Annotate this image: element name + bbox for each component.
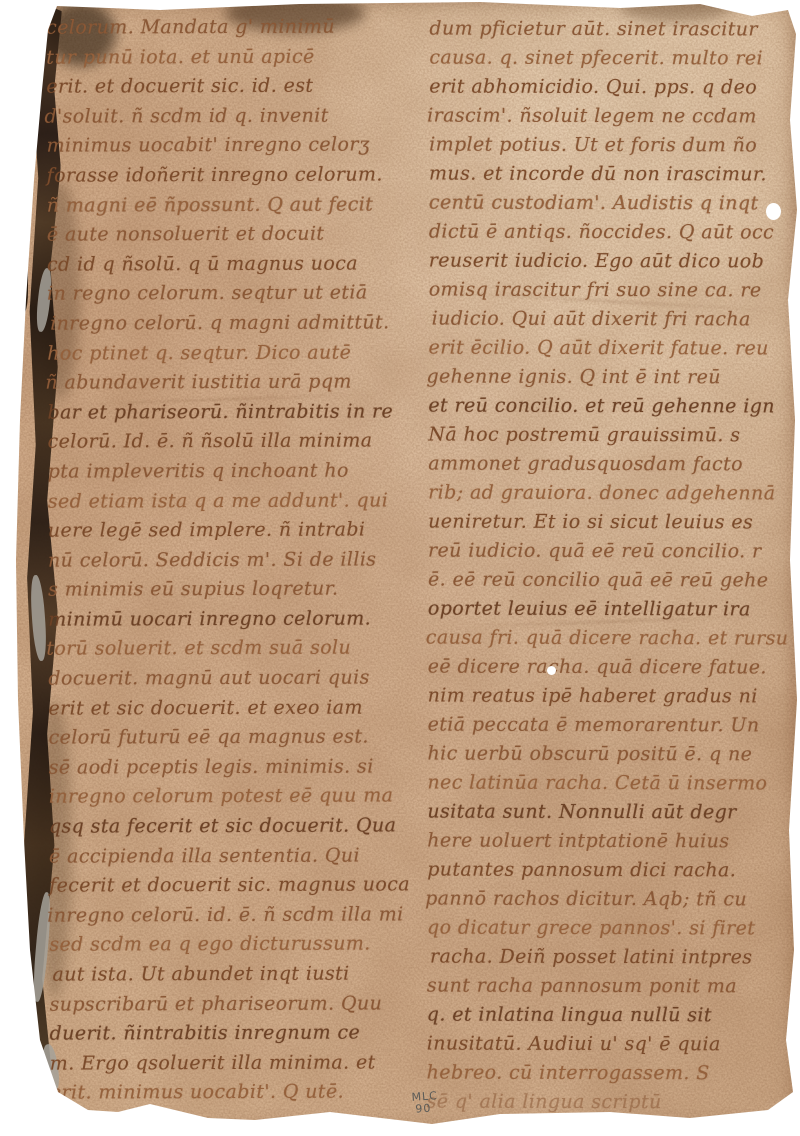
manuscript-line: racha. Deiñ posset latini intpres bbox=[430, 943, 800, 973]
manuscript-line: bar et phariseorū. ñintrabitis in re bbox=[47, 397, 393, 428]
shelfmark: MLC 90 bbox=[411, 1090, 439, 1116]
manuscript-line: erit et sic docuerit. et exeo iam bbox=[48, 693, 394, 724]
photo-background: celorum. Mandata g' minimūtur punū iota.… bbox=[0, 0, 800, 1136]
manuscript-line: sunt racha pannosum ponit ma bbox=[427, 972, 799, 1002]
manuscript-line: causa. q. sinet pfecerit. multo rei bbox=[429, 44, 800, 74]
manuscript-line: celorū futurū eē qa magnus est. bbox=[49, 723, 395, 754]
binding-tab bbox=[2, 150, 28, 208]
manuscript-line: eē dicere racha. quā dicere fatue. bbox=[428, 653, 800, 683]
manuscript-line: hebreo. cū interrogassem. S bbox=[427, 1059, 799, 1089]
manuscript-line: putantes pannosum dici racha. bbox=[427, 856, 799, 886]
text-column-right: dum pficietur aūt. sinet irasciturcausa.… bbox=[427, 15, 800, 1118]
manuscript-line: pta impleveritis q inchoant ho bbox=[48, 456, 394, 487]
manuscript-line: qsq sta fecerit et sic docuerit. Qua bbox=[49, 811, 395, 842]
manuscript-line: nim reatus ipē haberet gradus ni bbox=[428, 682, 800, 712]
manuscript-line: inregno celorū. q magni admittūt. bbox=[50, 308, 396, 339]
manuscript-line: celorum. Mandata g' minimū bbox=[46, 12, 392, 43]
manuscript-line: inusitatū. Audiui u' sq' ē quia bbox=[427, 1030, 799, 1060]
binding-tab bbox=[6, 250, 28, 320]
manuscript-line: causa fri. quā dicere racha. et rursu bbox=[426, 624, 798, 654]
manuscript-line: supscribarū et phariseorum. Quu bbox=[49, 989, 395, 1020]
manuscript-line: implet potius. Ut et foris dum ño bbox=[429, 131, 800, 161]
manuscript-line: ē accipienda illa sententia. Qui bbox=[49, 841, 395, 872]
manuscript-line: fecerit et docuerit sic. magnus uoca bbox=[49, 871, 395, 902]
manuscript-line: ē aute nonsoluerit et docuit bbox=[47, 220, 393, 251]
manuscript-line: ē. eē reū concilio quā eē reū gehe bbox=[428, 566, 800, 596]
manuscript-line: celorū. Id. ē. ñ ñsolū illa minima bbox=[48, 427, 394, 458]
manuscript-line: irascim'. ñsoluit legem ne ccdam bbox=[427, 102, 799, 132]
manuscript-line: et reū concilio. et reū gehenne ign bbox=[428, 392, 800, 422]
manuscript-leaf: celorum. Mandata g' minimūtur punū iota.… bbox=[0, 0, 800, 1136]
manuscript-line: erit. minimus uocabit'. Q utē. bbox=[50, 1078, 396, 1109]
manuscript-line: oportet leuius eē intelligatur ira bbox=[428, 595, 800, 625]
manuscript-line: usitata sunt. Nonnulli aūt degr bbox=[427, 798, 799, 828]
manuscript-line: erit. et docuerit sic. id. est bbox=[46, 72, 392, 103]
manuscript-line: ueniretur. Et io si sicut leuius es bbox=[428, 508, 800, 538]
manuscript-line: docuerit. magnū aut uocari quis bbox=[48, 663, 394, 694]
manuscript-line: sē aodi pceptis legis. minimis. si bbox=[49, 752, 395, 783]
manuscript-line: inregno celorū. id. ē. ñ scdm illa mi bbox=[47, 900, 393, 931]
manuscript-line: erit abhomicidio. Qui. pps. q deo bbox=[429, 73, 800, 103]
manuscript-line: erit ēcilio. Q aūt dixerit fatue. reu bbox=[429, 334, 800, 364]
manuscript-line: cd id q ñsolū. q ū magnus uoca bbox=[47, 249, 393, 280]
manuscript-line: tur punū iota. et unū apicē bbox=[46, 42, 392, 73]
manuscript-line: reū iudicio. quā eē reū concilio. r bbox=[428, 537, 800, 567]
manuscript-line: sē q' alia lingua scriptū bbox=[427, 1088, 799, 1118]
manuscript-line: duerit. ñintrabitis inregnum ce bbox=[50, 1019, 396, 1050]
manuscript-line: Nā hoc postremū grauissimū. s bbox=[428, 421, 800, 451]
manuscript-line: hoc ptinet q. seqtur. Dico autē bbox=[47, 338, 393, 369]
manuscript-line: uere legē sed implere. ñ intrabi bbox=[48, 515, 394, 546]
manuscript-line: mus. et incorde dū non irascimur. bbox=[429, 160, 800, 190]
manuscript-line: etiā peccata ē memorarentur. Un bbox=[428, 711, 800, 741]
manuscript-line: nū celorū. Seddicis m'. Si de illis bbox=[48, 545, 394, 576]
manuscript-line: in regno celorum. seqtur ut etiā bbox=[47, 279, 393, 310]
manuscript-line: pannō rachos dicitur. Aqb; tñ cu bbox=[425, 885, 797, 915]
manuscript-line: here uoluert intptationē huius bbox=[427, 827, 799, 857]
manuscript-line: inregno celorum potest eē quu ma bbox=[49, 782, 395, 813]
manuscript-line: gehenne ignis. Q int ē int reū bbox=[426, 363, 798, 393]
manuscript-line: ammonet gradusquosdam facto bbox=[428, 450, 800, 480]
manuscript-line: sed etiam ista q a me addunt'. qui bbox=[48, 486, 394, 517]
manuscript-line: nec latinūa racha. Cetā ū insermo bbox=[427, 769, 799, 799]
manuscript-line: rib; ad grauiora. donec adgehennā bbox=[428, 479, 800, 509]
manuscript-line: reuserit iudicio. Ego aūt dico uob bbox=[429, 247, 800, 277]
manuscript-line: forasse idoñerit inregno celorum. bbox=[47, 160, 393, 191]
binding-tab bbox=[0, 14, 38, 66]
manuscript-line: centū custodiam'. Audistis q inqt bbox=[429, 189, 800, 219]
manuscript-line: minimū uocari inregno celorum. bbox=[48, 604, 394, 635]
manuscript-line: ñ abundaverit iustitia urā pqm bbox=[45, 368, 391, 399]
manuscript-line: m. Ergo qsoluerit illa minima. et bbox=[50, 1048, 396, 1079]
manuscript-line: ñ magni eē ñpossunt. Q aut fecit bbox=[47, 190, 393, 221]
manuscript-line: d'soluit. ñ scdm id q. invenit bbox=[44, 101, 390, 132]
manuscript-line: omisq irascitur fri suo sine ca. re bbox=[429, 276, 800, 306]
manuscript-line: dum pficietur aūt. sinet irascitur bbox=[429, 15, 800, 45]
manuscript-line: aut ista. Ut abundet inqt iusti bbox=[52, 959, 398, 990]
manuscript-line: iudicio. Qui aūt dixerit fri racha bbox=[432, 305, 800, 335]
manuscript-line: sed scdm ea q ego dicturussum. bbox=[49, 930, 395, 961]
manuscript-line: hic uerbū obscurū positū ē. q ne bbox=[427, 740, 799, 770]
text-column-left: celorum. Mandata g' minimūtur punū iota.… bbox=[46, 12, 396, 1108]
manuscript-line: torū soluerit. et scdm suā solu bbox=[46, 634, 392, 665]
manuscript-line: dictū ē antiqs. ñoccides. Q aūt occ bbox=[429, 218, 800, 248]
manuscript-line: qo dicatur grece pannos'. si firet bbox=[427, 914, 799, 944]
shelfmark-line2: 90 bbox=[412, 1102, 439, 1116]
manuscript-line: q. et inlatina lingua nullū sit bbox=[427, 1001, 799, 1031]
manuscript-line: minimus uocabit' inregno celorʒ bbox=[47, 131, 393, 162]
manuscript-line: s minimis eū supius loqretur. bbox=[48, 575, 394, 606]
